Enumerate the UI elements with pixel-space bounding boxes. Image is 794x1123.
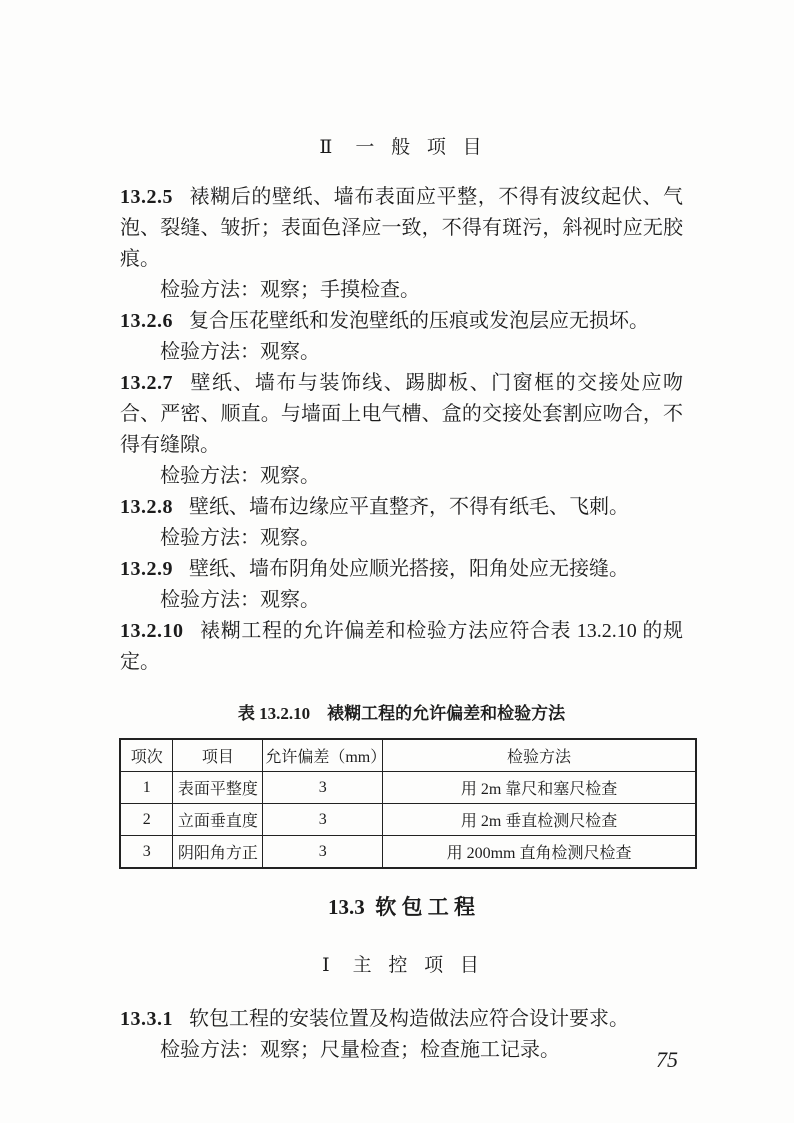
header-cell-method: 检验方法 — [383, 739, 696, 772]
page-number: 75 — [656, 1048, 678, 1072]
header-cell-index: 项次 — [120, 739, 173, 772]
clause-text: 壁纸、墙布阴角处应顺光搭接，阳角处应无接缝。 — [189, 558, 629, 580]
document-page: Ⅱ 一 般 项 目 13.2.5裱糊后的壁纸、墙布表面应平整，不得有波纹起伏、气… — [0, 0, 794, 1123]
table-caption: 表 13.2.10 裱糊工程的允许偏差和检验方法 — [120, 703, 683, 725]
heading-general-items: Ⅱ 一 般 项 目 — [120, 136, 683, 160]
clause-text: 壁纸、墙布边缘应平直整齐，不得有纸毛、飞刺。 — [189, 496, 629, 518]
clause-text: 裱糊后的壁纸、墙布表面应平整，不得有波纹起伏、气泡、裂缝、皱折；表面色泽应一致，… — [120, 186, 683, 270]
clause-13-2-7: 13.2.7壁纸、墙布与装饰线、踢脚板、门窗框的交接处应吻合、严密、顺直。与墙面… — [120, 368, 683, 461]
cell-method: 用 2m 靠尺和塞尺检查 — [383, 772, 696, 804]
deviation-table: 项次 项目 允许偏差（mm） 检验方法 1 表面平整度 3 用 2m 靠尺和塞尺… — [119, 738, 697, 869]
general-clauses: 13.2.5裱糊后的壁纸、墙布表面应平整，不得有波纹起伏、气泡、裂缝、皱折；表面… — [120, 182, 683, 678]
method-line: 检验方法：观察；手摸检查。 — [120, 275, 683, 306]
clause-number: 13.2.10 — [120, 620, 200, 642]
cell-item: 表面平整度 — [173, 772, 263, 804]
cell-index: 2 — [120, 804, 173, 836]
clause-13-2-5: 13.2.5裱糊后的壁纸、墙布表面应平整，不得有波纹起伏、气泡、裂缝、皱折；表面… — [120, 182, 683, 275]
cell-method: 用 2m 垂直检测尺检查 — [383, 804, 696, 836]
clause-text: 壁纸、墙布与装饰线、踢脚板、门窗框的交接处应吻合、严密、顺直。与墙面上电气槽、盒… — [120, 372, 683, 456]
clause-number: 13.3.1 — [120, 1008, 189, 1030]
cell-item: 阴阳角方正 — [173, 836, 263, 869]
table-row: 3 阴阳角方正 3 用 200mm 直角检测尺检查 — [120, 836, 696, 869]
cell-index: 3 — [120, 836, 173, 869]
cell-item: 立面垂直度 — [173, 804, 263, 836]
method-line: 检验方法：观察。 — [120, 523, 683, 554]
clause-number: 13.2.6 — [120, 310, 189, 332]
method-line: 检验方法：观察。 — [120, 585, 683, 616]
cell-method: 用 200mm 直角检测尺检查 — [383, 836, 696, 869]
soft-pack-clauses: 13.3.1软包工程的安装位置及构造做法应符合设计要求。 检验方法：观察；尺量检… — [120, 1004, 683, 1066]
header-cell-deviation: 允许偏差（mm） — [263, 739, 383, 772]
clause-number: 13.2.5 — [120, 186, 189, 208]
clause-number: 13.2.8 — [120, 496, 189, 518]
cell-deviation: 3 — [263, 804, 383, 836]
table-header-row: 项次 项目 允许偏差（mm） 检验方法 — [120, 739, 696, 772]
clause-13-2-9: 13.2.9壁纸、墙布阴角处应顺光搭接，阳角处应无接缝。 — [120, 554, 683, 585]
page-content: Ⅱ 一 般 项 目 13.2.5裱糊后的壁纸、墙布表面应平整，不得有波纹起伏、气… — [120, 136, 683, 1066]
method-line: 检验方法：观察；尺量检查；检查施工记录。 — [120, 1035, 683, 1066]
table-row: 2 立面垂直度 3 用 2m 垂直检测尺检查 — [120, 804, 696, 836]
clause-number: 13.2.9 — [120, 558, 189, 580]
heading-section-13-3: 13.3 软 包 工 程 — [120, 894, 683, 920]
clause-text: 裱糊工程的允许偏差和检验方法应符合表 13.2.10 的规定。 — [120, 620, 683, 673]
clause-13-3-1: 13.3.1软包工程的安装位置及构造做法应符合设计要求。 — [120, 1004, 683, 1035]
table-row: 1 表面平整度 3 用 2m 靠尺和塞尺检查 — [120, 772, 696, 804]
cell-deviation: 3 — [263, 836, 383, 869]
cell-index: 1 — [120, 772, 173, 804]
clause-text: 软包工程的安装位置及构造做法应符合设计要求。 — [189, 1008, 629, 1030]
method-line: 检验方法：观察。 — [120, 461, 683, 492]
clause-13-2-6: 13.2.6复合压花壁纸和发泡壁纸的压痕或发泡层应无损坏。 — [120, 306, 683, 337]
clause-number: 13.2.7 — [120, 372, 189, 394]
clause-13-2-10: 13.2.10裱糊工程的允许偏差和检验方法应符合表 13.2.10 的规定。 — [120, 616, 683, 678]
clause-13-2-8: 13.2.8壁纸、墙布边缘应平直整齐，不得有纸毛、飞刺。 — [120, 492, 683, 523]
heading-master-items: Ⅰ 主 控 项 目 — [120, 954, 683, 978]
cell-deviation: 3 — [263, 772, 383, 804]
header-cell-item: 项目 — [173, 739, 263, 772]
clause-text: 复合压花壁纸和发泡壁纸的压痕或发泡层应无损坏。 — [189, 310, 649, 332]
method-line: 检验方法：观察。 — [120, 337, 683, 368]
